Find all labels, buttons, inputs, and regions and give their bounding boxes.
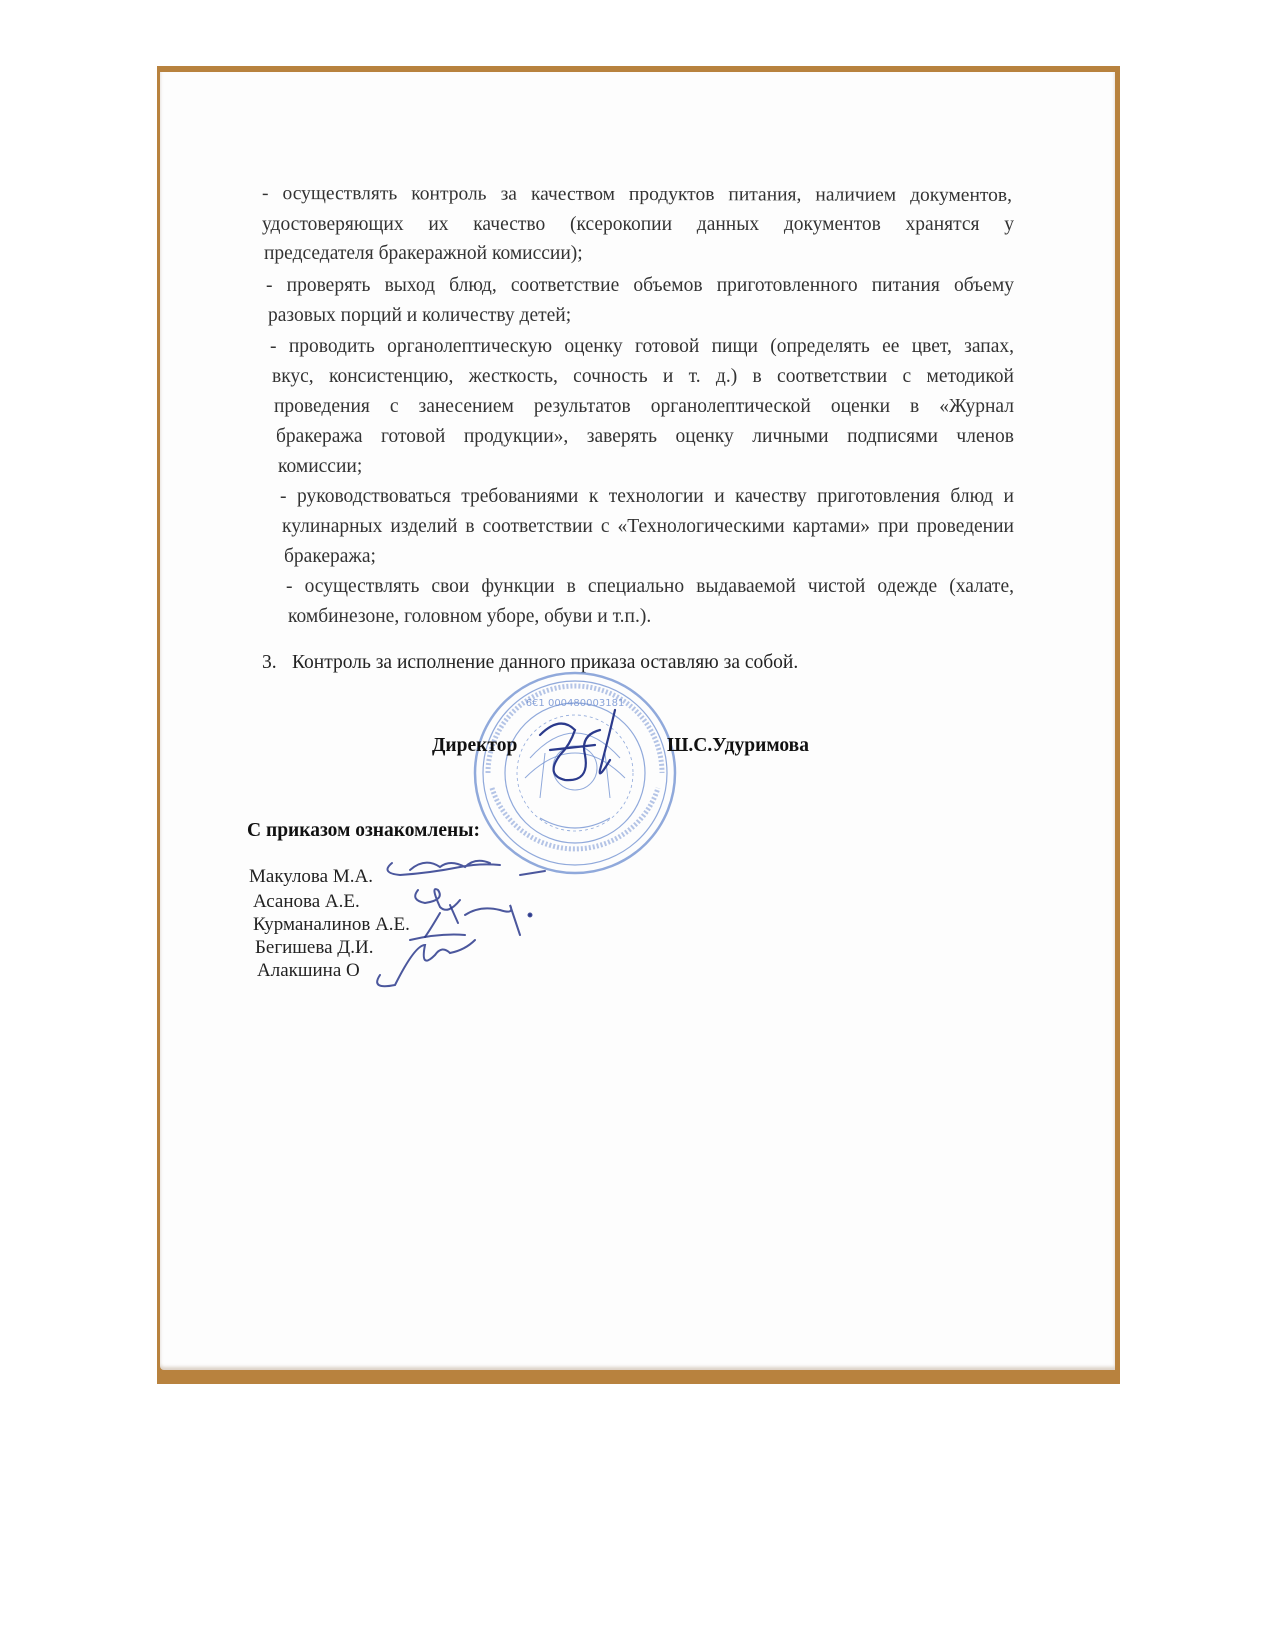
- bullet-line: - осуществлять свои функции в специально…: [286, 576, 1014, 598]
- bullet-line: комиссии;: [278, 456, 362, 478]
- director-title: Директор: [432, 735, 517, 757]
- ack-name: Алакшина О: [257, 960, 360, 982]
- acknowledgement-title: С приказом ознакомлены:: [247, 820, 480, 842]
- bullet-line: - осуществлять контроль за качеством про…: [262, 183, 1012, 207]
- ack-name: Бегишева Д.И.: [255, 937, 373, 959]
- bullet-line: кулинарных изделий в соответствии с «Тех…: [282, 516, 1014, 538]
- bullet-line: разовых порций и количеству детей;: [268, 305, 571, 327]
- bullet-line: - проверять выход блюд, соответствие объ…: [266, 275, 1014, 297]
- bullet-line: - проводить органолептическую оценку гот…: [270, 336, 1014, 358]
- bullet-line: председателя бракеражной комиссии);: [264, 243, 583, 265]
- staff-signatures-icon: [370, 845, 570, 1000]
- item-number: 3.: [262, 652, 292, 674]
- director-name: Ш.С.Удуримова: [667, 735, 809, 757]
- bullet-line: комбинезоне, головном уборе, обуви и т.п…: [288, 606, 651, 628]
- director-signature-icon: [520, 700, 640, 790]
- bullet-line: вкус, консистенцию, жесткость, сочность …: [272, 366, 1014, 388]
- bullet-line: проведения с занесением результатов орга…: [274, 396, 1014, 418]
- ack-name: Асанова А.Е.: [253, 891, 360, 913]
- bullet-line: - руководствоваться требованиями к техно…: [280, 486, 1014, 508]
- bullet-line: удостоверяющих их качество (ксерокопии д…: [262, 214, 1014, 236]
- bullet-line: бракеража готовой продукции», заверять о…: [276, 426, 1014, 448]
- ack-name: Макулова М.А.: [249, 866, 373, 888]
- bullet-line: бракеража;: [284, 546, 376, 568]
